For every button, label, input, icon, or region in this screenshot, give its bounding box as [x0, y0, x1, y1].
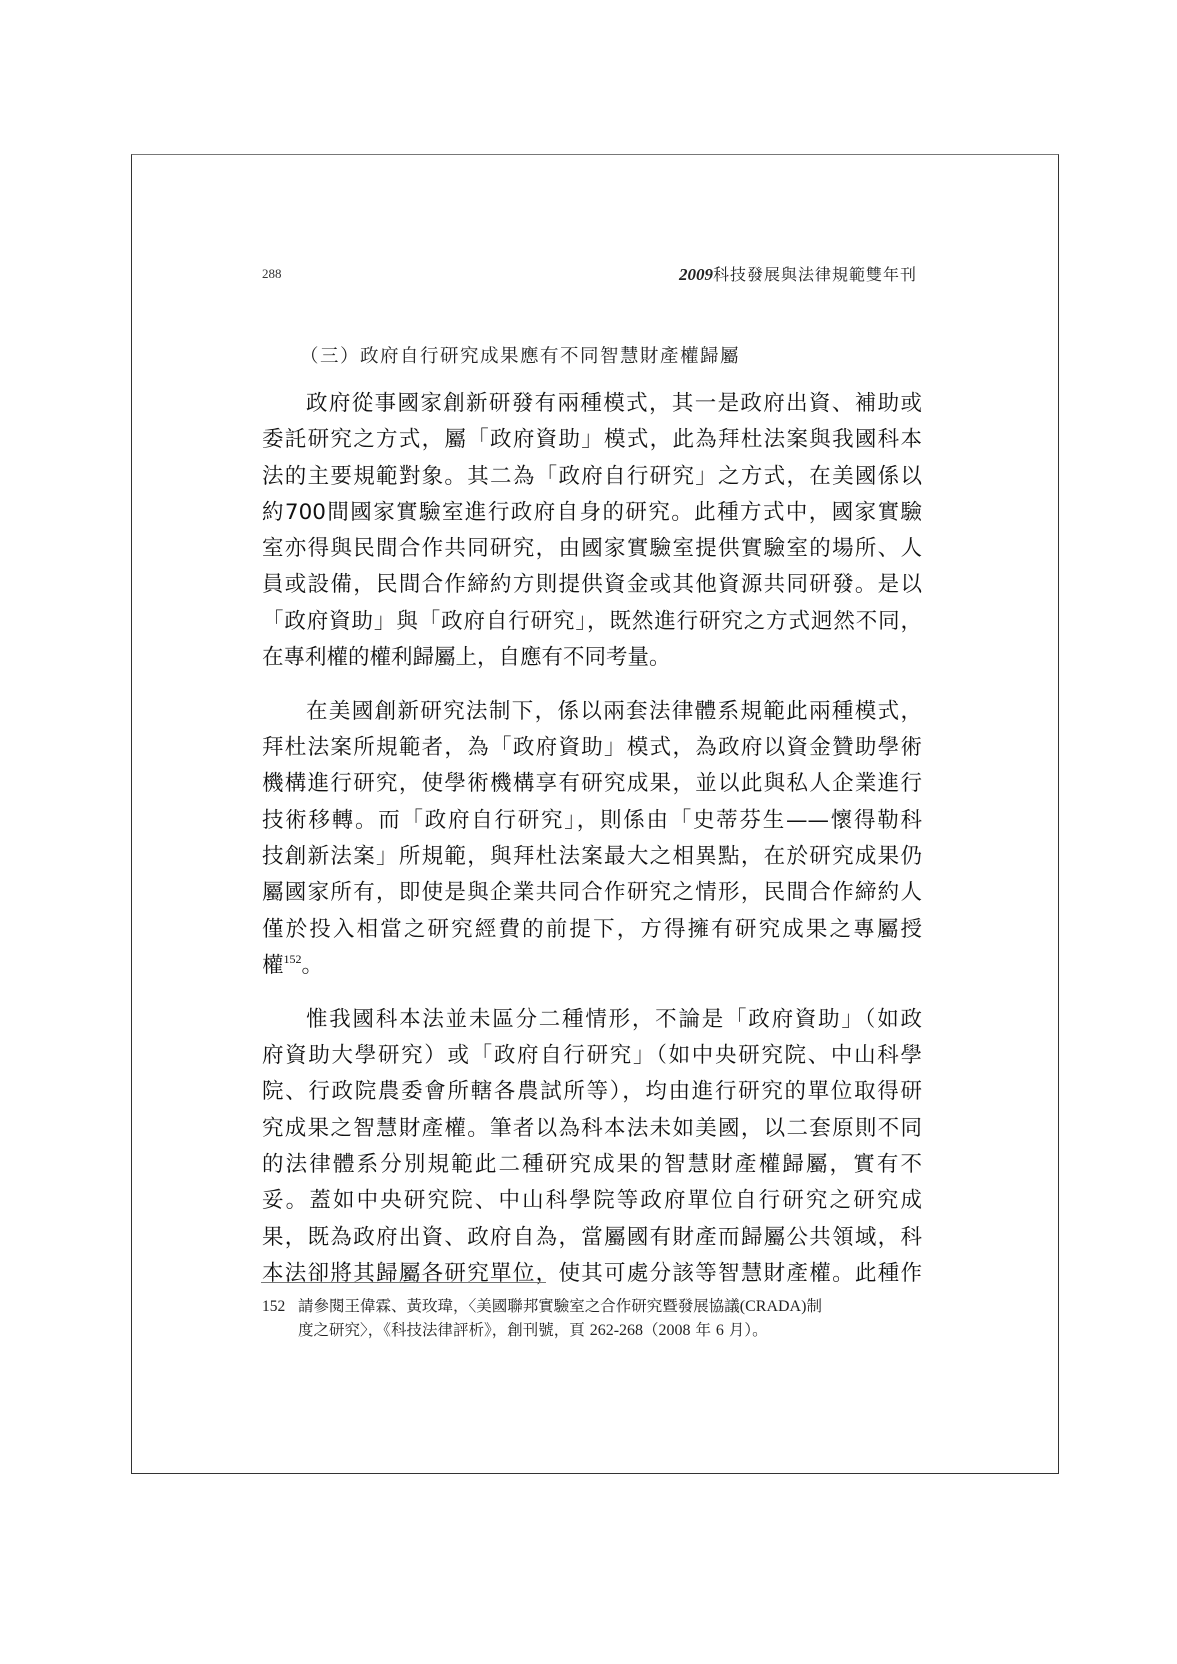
text-line: 究成果之智慧財產權。筆者以為科本法未如美國，以二套原則不同: [262, 1111, 922, 1147]
footnote-divider: [261, 1282, 546, 1283]
footnote-month: 6: [716, 1322, 724, 1339]
text-line: 「政府資助」與「政府自行研究」，既然進行研究之方式迥然不同，: [262, 604, 922, 640]
section-heading: （三）政府自行研究成果應有不同智慧財產權歸屬: [300, 342, 740, 368]
footnote-text: 度之研究〉，《科技法律評析》，創刊號，頁: [298, 1321, 590, 1339]
text-fragment: 權: [262, 953, 284, 978]
text-line: 妥。蓋如中央研究院、中山科學院等政府單位自行研究之研究成: [262, 1183, 922, 1219]
footnote-text: 請參閱王偉霖、黃玫瑋，〈美國聯邦實驗室之合作研究暨發展協議: [298, 1297, 740, 1315]
text-line: 技術移轉。而「政府自行研究」，則係由「史蒂芬生——懷得勒科: [262, 803, 922, 839]
text-line: 技創新法案」所規範，與拜杜法案最大之相異點，在於研究成果仍: [262, 839, 922, 875]
running-title-year: 2009: [679, 265, 713, 284]
text-line: 的法律體系分別規範此二種研究成果的智慧財產權歸屬，實有不: [262, 1147, 922, 1183]
footnote-text: 月）。: [724, 1321, 768, 1339]
footnote-text: （: [643, 1321, 659, 1339]
text-fragment: 。: [302, 953, 324, 978]
footnote-text-latin: (CRADA): [740, 1298, 807, 1315]
footnote-pages: 262-268: [590, 1322, 643, 1339]
footnote-number: 152: [262, 1295, 298, 1319]
text-line: 府資助大學研究）或「政府自行研究」（如中央研究院、中山科學: [262, 1038, 922, 1074]
text-line: 政府從事國家創新研發有兩種模式，其一是政府出資、補助或: [262, 386, 922, 422]
text-line: 果，既為政府出資、政府自為，當屬國有財產而歸屬公共領域，科: [262, 1220, 922, 1256]
text-line: 委託研究之方式，屬「政府資助」模式，此為拜杜法案與我國科本: [262, 422, 922, 458]
paragraph: 政府從事國家創新研發有兩種模式，其一是政府出資、補助或 委託研究之方式，屬「政府…: [262, 386, 922, 676]
paragraph: 惟我國科本法並未區分二種情形，不論是「政府資助」（如政 府資助大學研究）或「政府…: [262, 1002, 922, 1292]
footnote-reference[interactable]: 152: [284, 952, 302, 966]
footnote: 152請參閱王偉霖、黃玫瑋，〈美國聯邦實驗室之合作研究暨發展協議(CRADA)制…: [262, 1294, 922, 1342]
text-line: 在專利權的權利歸屬上，自應有不同考量。: [262, 640, 922, 676]
text-line: 屬國家所有，即使是與企業共同合作研究之情形，民間合作締約人: [262, 875, 922, 911]
footnote-line: 152請參閱王偉霖、黃玫瑋，〈美國聯邦實驗室之合作研究暨發展協議(CRADA)制: [262, 1294, 922, 1318]
text-line: 本法卻將其歸屬各研究單位，使其可處分該等智慧財產權。此種作: [262, 1256, 922, 1292]
text-line: 法的主要規範對象。其二為「政府自行研究」之方式，在美國係以: [262, 459, 922, 495]
body-text: 政府從事國家創新研發有兩種模式，其一是政府出資、補助或 委託研究之方式，屬「政府…: [262, 386, 922, 1292]
footnote-line: 度之研究〉，《科技法律評析》，創刊號，頁 262-268（2008 年 6 月）…: [262, 1318, 922, 1342]
running-title: 2009科技發展與法律規範雙年刊: [679, 262, 917, 285]
text-line: 院、行政院農委會所轄各農試所等），均由進行研究的單位取得研: [262, 1074, 922, 1110]
footnote-text: 制: [806, 1297, 822, 1315]
paragraph-gap: [262, 676, 922, 694]
footnote-year: 2008: [659, 1322, 691, 1339]
text-line: 僅於投入相當之研究經費的前提下，方得擁有研究成果之專屬授: [262, 912, 922, 948]
text-line: 在美國創新研究法制下，係以兩套法律體系規範此兩種模式，: [262, 694, 922, 730]
text-line: 權152。: [262, 948, 922, 984]
text-line: 拜杜法案所規範者，為「政府資助」模式，為政府以資金贊助學術: [262, 730, 922, 766]
text-line: 惟我國科本法並未區分二種情形，不論是「政府資助」（如政: [262, 1002, 922, 1038]
text-line: 約700間國家實驗室進行政府自身的研究。此種方式中，國家實驗: [262, 495, 922, 531]
footnote-text: 年: [691, 1321, 716, 1339]
text-line: 室亦得與民間合作共同研究，由國家實驗室提供實驗室的場所、人: [262, 531, 922, 567]
paragraph: 在美國創新研究法制下，係以兩套法律體系規範此兩種模式， 拜杜法案所規範者，為「政…: [262, 694, 922, 984]
text-line: 員或設備，民間合作締約方則提供資金或其他資源共同研發。是以: [262, 567, 922, 603]
paragraph-gap: [262, 984, 922, 1002]
running-title-text: 科技發展與法律規範雙年刊: [713, 265, 917, 284]
text-line: 機構進行研究，使學術機構享有研究成果，並以此與私人企業進行: [262, 766, 922, 802]
page-number: 288: [262, 266, 282, 282]
